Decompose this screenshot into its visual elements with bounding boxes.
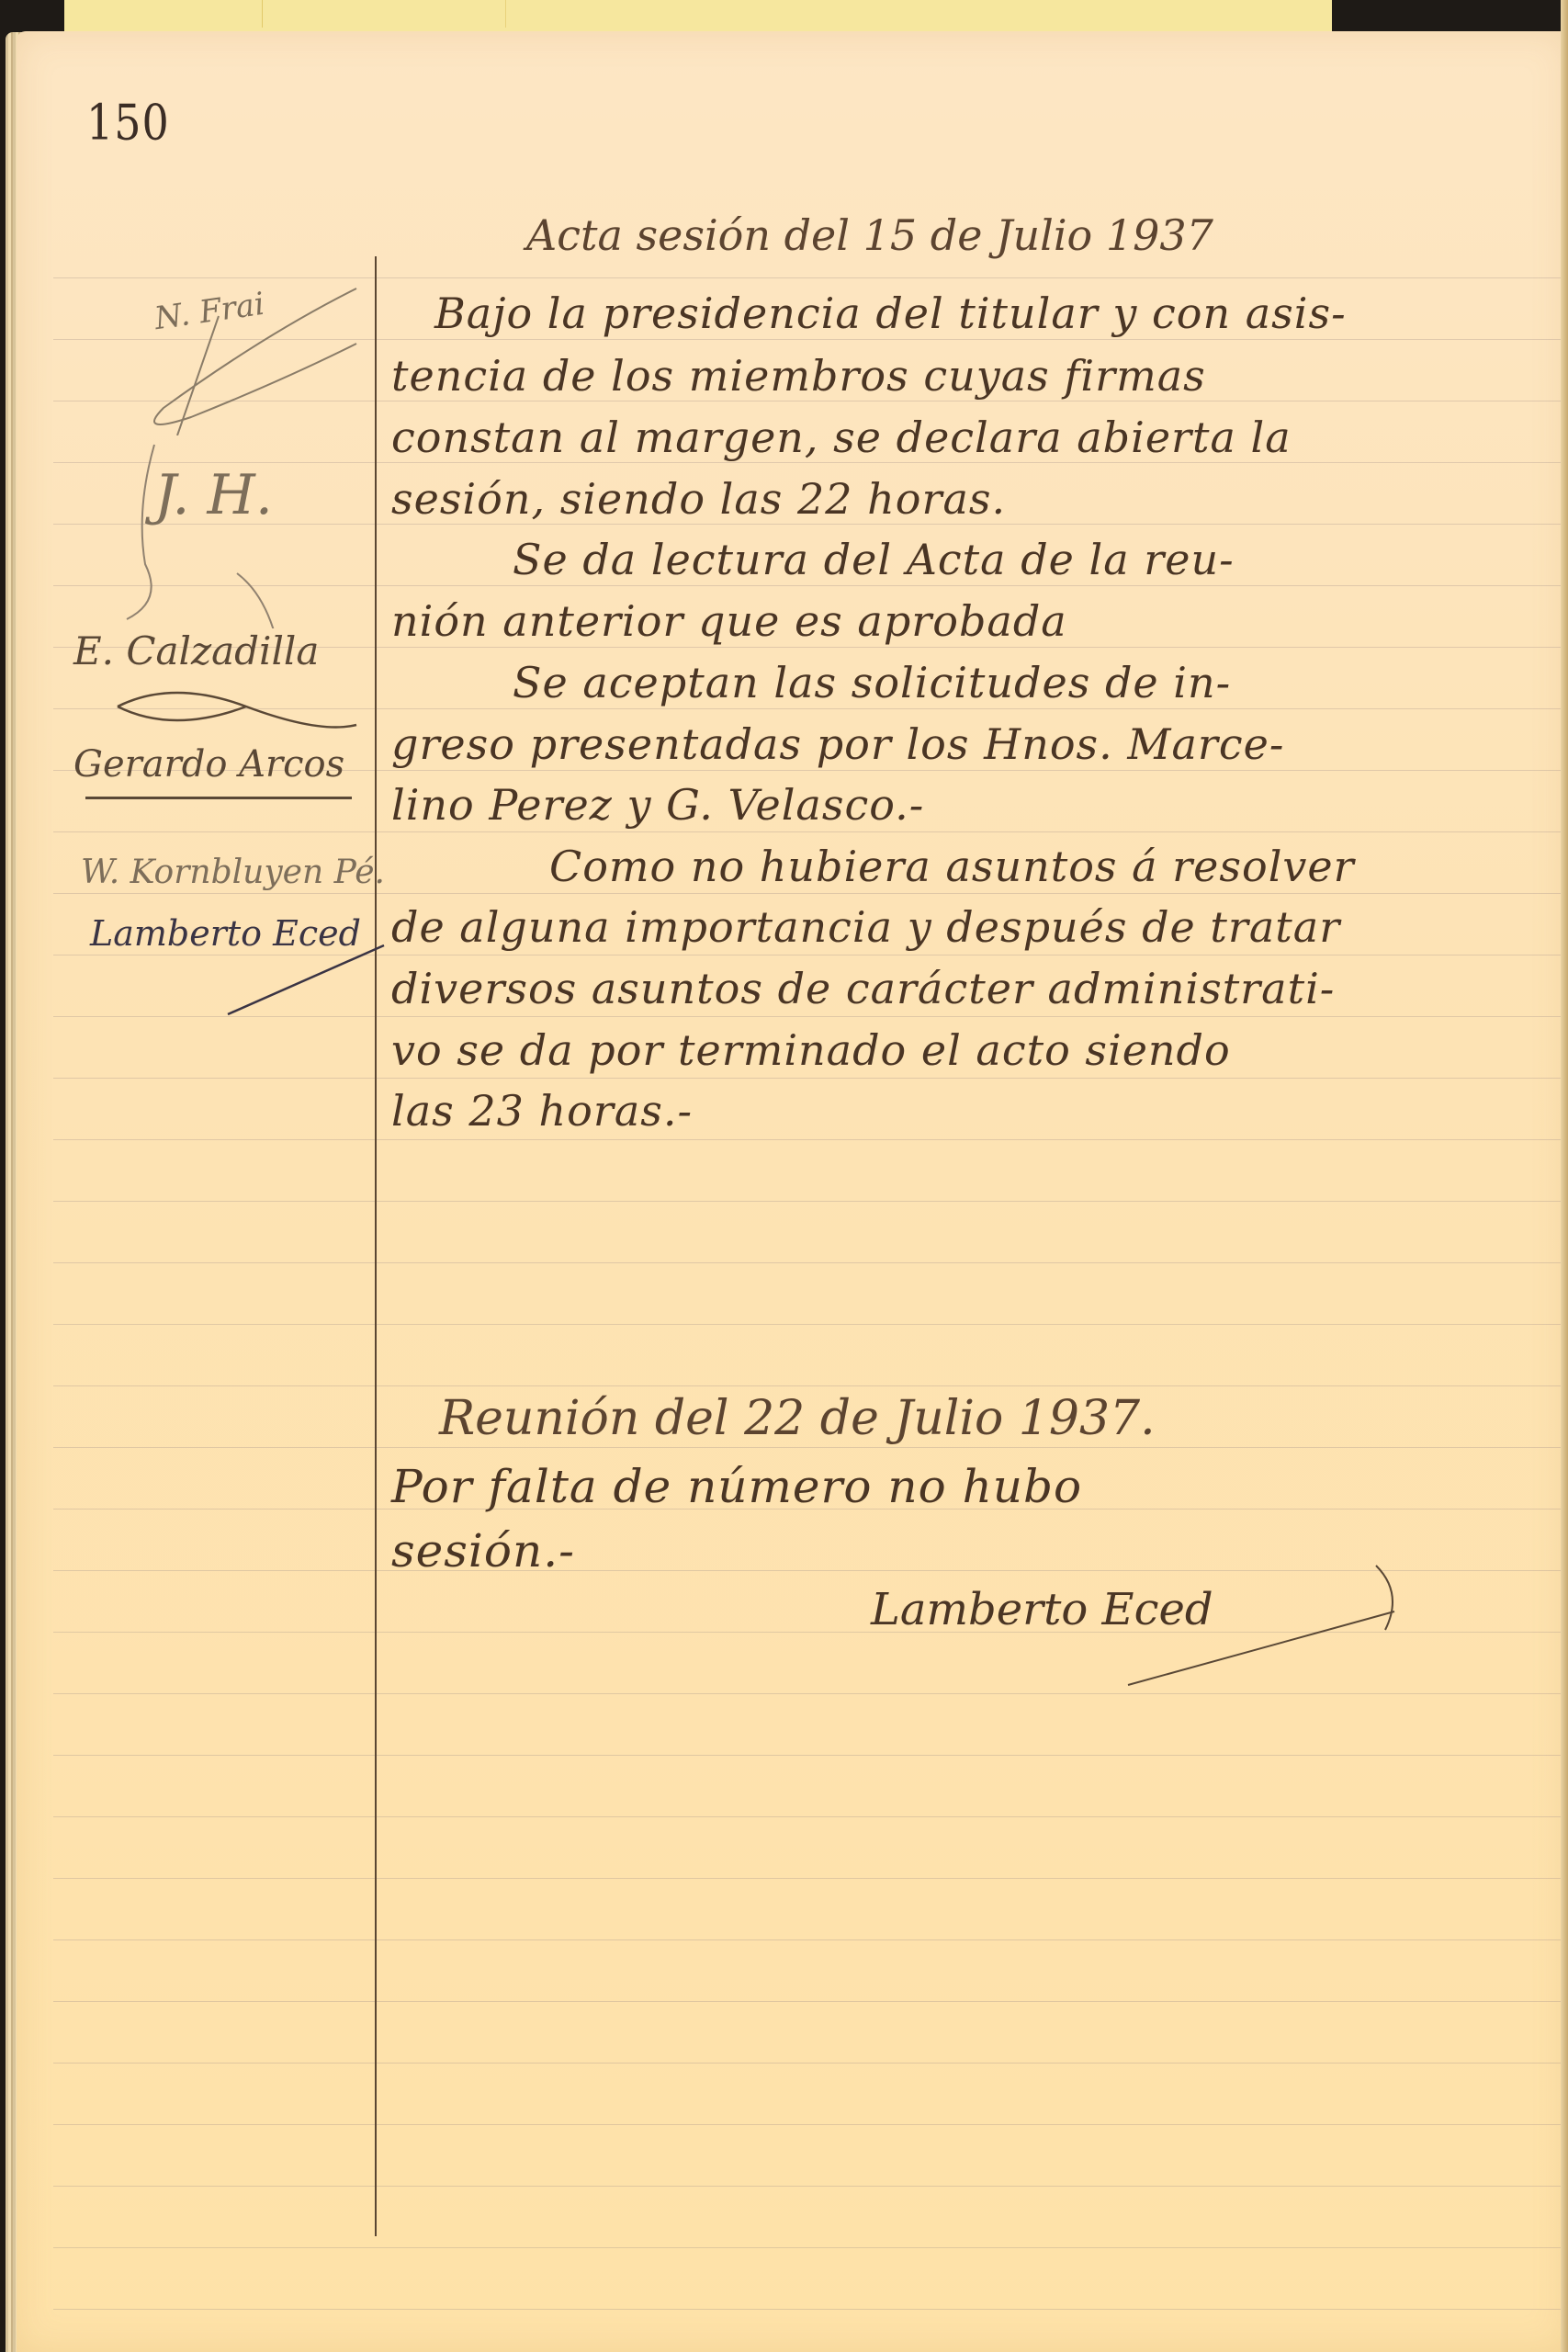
text-line: de alguna importancia y después de trata… xyxy=(391,902,1340,952)
rule-line xyxy=(53,1816,1568,1817)
rule-line xyxy=(53,893,1568,894)
text-line: tencia de los miembros cuyas firmas xyxy=(391,351,1206,401)
rule-line xyxy=(53,2001,1568,2002)
margin-rule xyxy=(375,256,377,2236)
rule-line xyxy=(53,1755,1568,1756)
text-line: sesión, siendo las 22 horas. xyxy=(391,474,1006,524)
rule-line xyxy=(53,1078,1568,1079)
text-line: Como no hubiera asuntos á resolver xyxy=(549,842,1355,891)
rule-line xyxy=(53,1385,1568,1386)
strip-crease xyxy=(505,0,506,28)
text-line: las 23 horas.- xyxy=(391,1086,693,1136)
entry-heading: Reunión del 22 de Julio 1937. xyxy=(439,1391,1156,1446)
signature-flourish xyxy=(209,941,393,1023)
rule-line xyxy=(53,1878,1568,1879)
rule-line xyxy=(53,2063,1568,2064)
rule-line xyxy=(53,1139,1568,1140)
rule-line xyxy=(53,1324,1568,1325)
rule-line xyxy=(53,1447,1568,1448)
text-line: constan al margen, se declara abierta la xyxy=(391,413,1292,462)
text-line: Bajo la presidencia del titular y con as… xyxy=(434,288,1347,338)
signature: W. Kornbluyen Pé. xyxy=(81,854,385,891)
page-right-edge xyxy=(1561,0,1568,2352)
text-line: Por falta de número no hubo xyxy=(391,1460,1082,1513)
text-line: Se da lectura del Acta de la reu- xyxy=(513,535,1235,584)
rule-line xyxy=(53,2309,1568,2310)
rule-line xyxy=(53,2186,1568,2187)
signature: Gerardo Arcos xyxy=(73,743,344,786)
rule-line xyxy=(53,1201,1568,1202)
signature-flourish xyxy=(81,270,384,435)
strip-crease xyxy=(262,0,263,28)
text-line: vo se da por terminado el acto siendo xyxy=(391,1025,1231,1075)
signature-flourish xyxy=(99,435,301,628)
text-line: lino Perez y G. Velasco.- xyxy=(391,780,924,830)
rule-line xyxy=(53,1939,1568,1940)
ledger-page: 150 N. Frai J. H. E. Calzadilla Gerardo … xyxy=(17,31,1568,2352)
text-line: diversos asuntos de carácter administrat… xyxy=(391,964,1335,1013)
page-number: 150 xyxy=(86,94,170,151)
signature: E. Calzadilla xyxy=(73,628,319,673)
rule-line xyxy=(53,1262,1568,1263)
text-line: sesión.- xyxy=(391,1524,575,1577)
signature-flourish xyxy=(99,679,366,743)
signature-underline xyxy=(85,797,352,799)
text-line: nión anterior que es aprobada xyxy=(391,596,1067,646)
rule-line xyxy=(53,831,1568,832)
signature-flourish xyxy=(1100,1556,1431,1703)
rule-line xyxy=(53,2124,1568,2125)
entry-heading: Acta sesión del 15 de Julio 1937 xyxy=(526,210,1213,260)
text-line: greso presentadas por los Hnos. Marce- xyxy=(391,719,1284,769)
rule-line xyxy=(53,2247,1568,2248)
text-line: Se aceptan las solicitudes de in- xyxy=(513,658,1231,707)
